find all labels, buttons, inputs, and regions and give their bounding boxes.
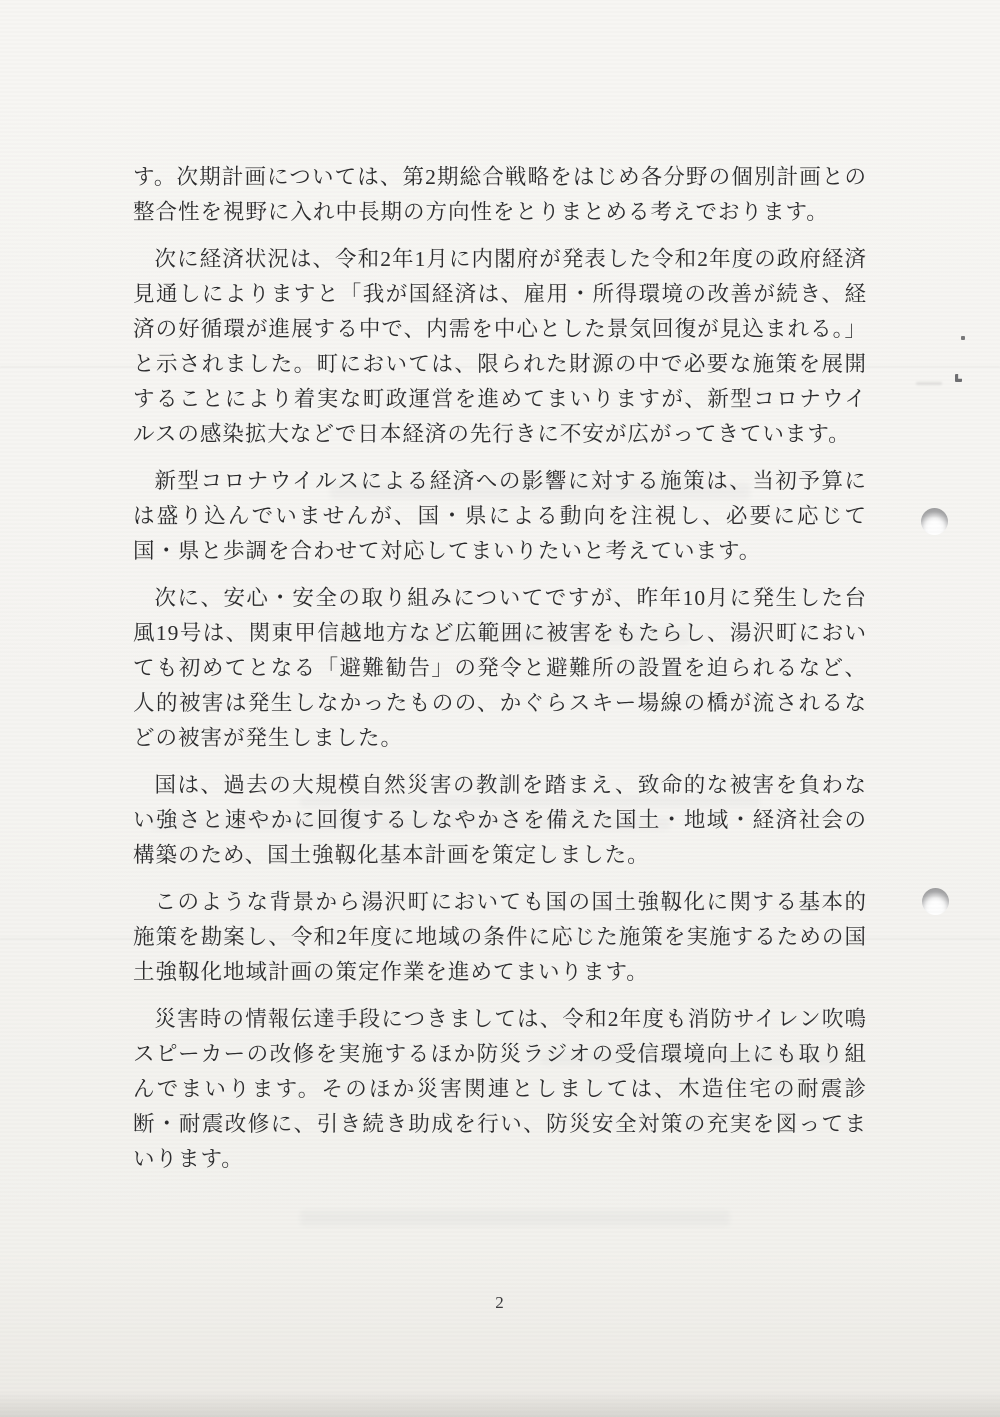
paragraph-national-resilience-plan: 国は、過去の大規模自然災害の教訓を踏まえ、致命的な被害を負わない強さと速やかに回…	[133, 768, 867, 873]
body-text: す。次期計画については、第2期総合戦略をはじめ各分野の個別計画との整合性を視野に…	[133, 160, 867, 1189]
scanned-document-page: す。次期計画については、第2期総合戦略をはじめ各分野の個別計画との整合性を視野に…	[0, 0, 1000, 1417]
paragraph-continuation: す。次期計画については、第2期総合戦略をはじめ各分野の個別計画との整合性を視野に…	[133, 160, 867, 230]
scan-edge-shadow	[0, 1391, 1000, 1417]
page-number: 2	[0, 1293, 1000, 1313]
paragraph-covid-economic-measures: 新型コロナウイルスによる経済への影響に対する施策は、当初予算には盛り込んでいませ…	[133, 464, 867, 569]
punch-hole-top	[921, 508, 948, 535]
scan-speck	[955, 374, 962, 382]
ink-bleed-through-mark	[300, 1210, 730, 1226]
scan-smudge	[916, 382, 942, 385]
paragraph-regional-resilience-plan: このような背景から湯沢町においても国の国土強靱化に関する基本的施策を勘案し、令和…	[133, 885, 867, 990]
paragraph-disaster-info-measures: 災害時の情報伝達手段につきましては、令和2年度も消防サイレン吹鳴スピーカーの改修…	[133, 1002, 867, 1177]
paragraph-economic-outlook: 次に経済状況は、令和2年1月に内閣府が発表した令和2年度の政府経済見通しによりま…	[133, 242, 867, 452]
scan-speck	[961, 336, 965, 340]
paragraph-typhoon-19-damage: 次に、安心・安全の取り組みについてですが、昨年10月に発生した台風19号は、関東…	[133, 581, 867, 756]
punch-hole-bottom	[922, 888, 949, 915]
